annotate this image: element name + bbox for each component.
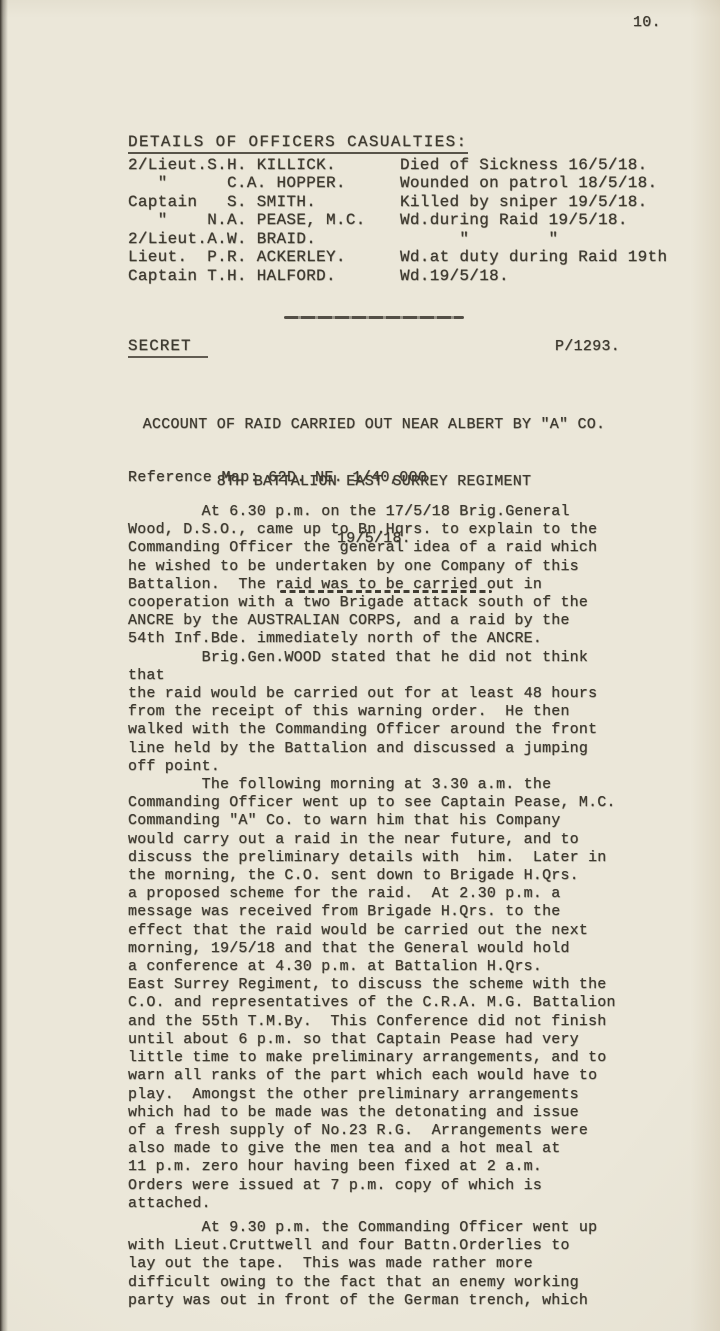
paragraph-4: At 9.30 p.m. the Commanding Officer went…: [128, 1219, 633, 1310]
casualties-heading: DETAILS OF OFFICERS CASUALTIES:: [128, 133, 468, 154]
casualty-detail: Wd.19/5/18.: [400, 267, 509, 286]
casualty-name: Captain S. SMITH.: [128, 193, 400, 212]
paragraph-1: At 6.30 p.m. on the 17/5/18 Brig.General…: [128, 503, 633, 649]
casualty-name: " N.A. PEASE, M.C.: [128, 211, 400, 230]
casualty-name: 2/Lieut.A.W. BRAID.: [128, 230, 400, 249]
paragraph-3: The following morning at 3.30 a.m. the C…: [128, 776, 633, 1213]
document-page: 10. DETAILS OF OFFICERS CASUALTIES: 2/Li…: [0, 0, 720, 1331]
casualty-detail: Died of Sickness 16/5/18.: [400, 156, 648, 175]
reference-number: P/1293.: [555, 338, 620, 355]
casualty-row: 2/Lieut.A.W. BRAID. " ": [128, 230, 688, 249]
casualty-row: " N.A. PEASE, M.C.Wd.during Raid 19/5/18…: [128, 211, 688, 230]
casualty-name: Captain T.H. HALFORD.: [128, 267, 400, 286]
casualty-row: 2/Lieut.S.H. KILLICK.Died of Sickness 16…: [128, 156, 688, 175]
casualty-detail: Wd.during Raid 19/5/18.: [400, 211, 628, 230]
casualty-name: " C.A. HOPPER.: [128, 174, 400, 193]
typed-divider-rule: [284, 316, 464, 319]
casualty-row: " C.A. HOPPER.Wounded on patrol 18/5/18.: [128, 174, 688, 193]
body-text: At 6.30 p.m. on the 17/5/18 Brig.General…: [128, 503, 633, 1310]
casualties-section: DETAILS OF OFFICERS CASUALTIES: 2/Lieut.…: [128, 133, 688, 285]
casualty-detail: Killed by sniper 19/5/18.: [400, 193, 648, 212]
title-line-1: ACCOUNT OF RAID CARRIED OUT NEAR ALBERT …: [128, 415, 620, 434]
casualty-detail: Wounded on patrol 18/5/18.: [400, 174, 657, 193]
casualty-name: 2/Lieut.S.H. KILLICK.: [128, 156, 400, 175]
casualty-detail: Wd.at duty during Raid 19th: [400, 248, 667, 267]
casualty-name: Lieut. P.R. ACKERLEY.: [128, 248, 400, 267]
secret-classification: SECRET: [128, 337, 208, 358]
casualty-detail-ditto: " ": [400, 230, 558, 249]
reference-map-line: Reference Map: 62D. NE. 1/40,000: [128, 469, 427, 486]
casualty-row: Captain S. SMITH.Killed by sniper 19/5/1…: [128, 193, 688, 212]
paragraph-2: Brig.Gen.WOOD stated that he did not thi…: [128, 649, 633, 776]
casualty-row: Captain T.H. HALFORD.Wd.19/5/18.: [128, 267, 688, 286]
classification-row: SECRET P/1293.: [128, 337, 620, 358]
casualty-row: Lieut. P.R. ACKERLEY.Wd.at duty during R…: [128, 248, 688, 267]
page-number: 10.: [633, 14, 661, 31]
